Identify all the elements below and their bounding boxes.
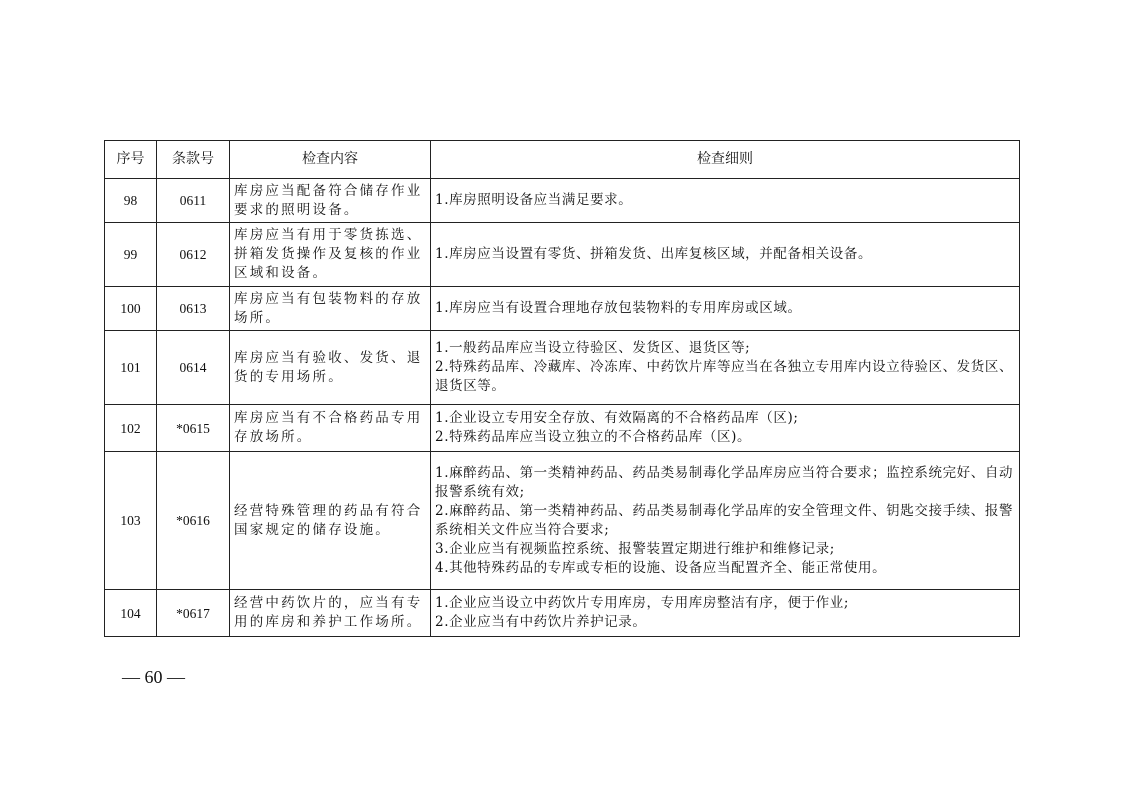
serial-no-cell: 100: [105, 287, 157, 331]
inspection-detail-cell: 1.库房照明设备应当满足要求。: [431, 179, 1020, 223]
inspection-table: 序号 条款号 检查内容 检查细则 980611库房应当配备符合储存作业要求的照明…: [104, 140, 1020, 637]
clause-no-cell: *0615: [157, 405, 230, 452]
inspection-detail-cell: 1.企业设立专用安全存放、有效隔离的不合格药品库（区);2.特殊药品库应当设立独…: [431, 405, 1020, 452]
detail-item: 1.麻醉药品、第一类精神药品、药品类易制毒化学品库房应当符合要求；监控系统完好、…: [435, 464, 1015, 502]
inspection-detail-cell: 1.库房应当有设置合理地存放包装物料的专用库房或区域。: [431, 287, 1020, 331]
serial-no-cell: 98: [105, 179, 157, 223]
detail-item: 2.企业应当有中药饮片养护记录。: [435, 613, 1015, 632]
table-header-row: 序号 条款号 检查内容 检查细则: [105, 141, 1020, 179]
clause-no-cell: 0613: [157, 287, 230, 331]
detail-item: 2.特殊药品库应当设立独立的不合格药品库（区)。: [435, 428, 1015, 447]
inspection-content-cell: 经营特殊管理的药品有符合国家规定的储存设施。: [230, 452, 431, 590]
detail-item: 1.库房应当设置有零货、拼箱发货、出库复核区域，并配备相关设备。: [435, 245, 1015, 264]
detail-item: 3.企业应当有视频监控系统、报警装置定期进行维护和维修记录;: [435, 540, 1015, 559]
inspection-detail-cell: 1.麻醉药品、第一类精神药品、药品类易制毒化学品库房应当符合要求；监控系统完好、…: [431, 452, 1020, 590]
header-serial-no: 序号: [105, 141, 157, 179]
clause-no-cell: *0616: [157, 452, 230, 590]
table-row: 990612库房应当有用于零货拣选、拼箱发货操作及复核的作业区域和设备。1.库房…: [105, 223, 1020, 287]
inspection-content-cell: 库房应当有包装物料的存放场所。: [230, 287, 431, 331]
serial-no-cell: 103: [105, 452, 157, 590]
detail-item: 4.其他特殊药品的专库或专柜的设施、设备应当配置齐全、能正常使用。: [435, 559, 1015, 578]
table-row: 980611库房应当配备符合储存作业要求的照明设备。1.库房照明设备应当满足要求…: [105, 179, 1020, 223]
table-row: 1010614库房应当有验收、发货、退货的专用场所。1.一般药品库应当设立待验区…: [105, 331, 1020, 405]
clause-no-cell: *0617: [157, 590, 230, 637]
inspection-detail-cell: 1.企业应当设立中药饮片专用库房，专用库房整洁有序，便于作业;2.企业应当有中药…: [431, 590, 1020, 637]
inspection-content-cell: 库房应当配备符合储存作业要求的照明设备。: [230, 179, 431, 223]
inspection-content-cell: 库房应当有不合格药品专用存放场所。: [230, 405, 431, 452]
detail-item: 1.企业应当设立中药饮片专用库房，专用库房整洁有序，便于作业;: [435, 594, 1015, 613]
table-body: 980611库房应当配备符合储存作业要求的照明设备。1.库房照明设备应当满足要求…: [105, 179, 1020, 637]
inspection-content-cell: 库房应当有用于零货拣选、拼箱发货操作及复核的作业区域和设备。: [230, 223, 431, 287]
detail-item: 2.特殊药品库、冷藏库、冷冻库、中药饮片库等应当在各独立专用库内设立待验区、发货…: [435, 358, 1015, 396]
inspection-detail-cell: 1.库房应当设置有零货、拼箱发货、出库复核区域，并配备相关设备。: [431, 223, 1020, 287]
serial-no-cell: 104: [105, 590, 157, 637]
detail-item: 1.一般药品库应当设立待验区、发货区、退货区等;: [435, 339, 1015, 358]
detail-item: 1.库房照明设备应当满足要求。: [435, 191, 1015, 210]
inspection-content-cell: 库房应当有验收、发货、退货的专用场所。: [230, 331, 431, 405]
page-number: — 60 —: [122, 667, 185, 688]
serial-no-cell: 102: [105, 405, 157, 452]
clause-no-cell: 0611: [157, 179, 230, 223]
detail-item: 2.麻醉药品、第一类精神药品、药品类易制毒化学品库的安全管理文件、钥匙交接手续、…: [435, 502, 1015, 540]
header-inspection-content: 检查内容: [230, 141, 431, 179]
detail-item: 1.库房应当有设置合理地存放包装物料的专用库房或区域。: [435, 299, 1015, 318]
clause-no-cell: 0612: [157, 223, 230, 287]
serial-no-cell: 99: [105, 223, 157, 287]
header-inspection-detail: 检查细则: [431, 141, 1020, 179]
table-row: 103*0616经营特殊管理的药品有符合国家规定的储存设施。1.麻醉药品、第一类…: [105, 452, 1020, 590]
table-row: 104*0617经营中药饮片的，应当有专用的库房和养护工作场所。1.企业应当设立…: [105, 590, 1020, 637]
serial-no-cell: 101: [105, 331, 157, 405]
inspection-content-cell: 经营中药饮片的，应当有专用的库房和养护工作场所。: [230, 590, 431, 637]
header-clause-no: 条款号: [157, 141, 230, 179]
clause-no-cell: 0614: [157, 331, 230, 405]
table-row: 102*0615库房应当有不合格药品专用存放场所。1.企业设立专用安全存放、有效…: [105, 405, 1020, 452]
inspection-detail-cell: 1.一般药品库应当设立待验区、发货区、退货区等;2.特殊药品库、冷藏库、冷冻库、…: [431, 331, 1020, 405]
detail-item: 1.企业设立专用安全存放、有效隔离的不合格药品库（区);: [435, 409, 1015, 428]
table-row: 1000613库房应当有包装物料的存放场所。1.库房应当有设置合理地存放包装物料…: [105, 287, 1020, 331]
